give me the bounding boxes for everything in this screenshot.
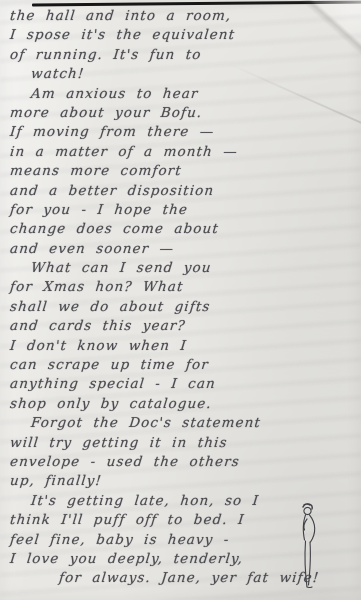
letter-line: I spose it's the equivalent — [0, 26, 361, 45]
pregnant-woman-doodle-icon — [295, 502, 321, 590]
letter-line: and even sooner — — [0, 240, 361, 259]
letter-line: for you - I hope the — [0, 201, 361, 220]
letter-line: I don't know when I — [0, 337, 361, 356]
letter-line: more about your Bofu. — [0, 104, 361, 123]
letter-line: watch! — [0, 65, 361, 84]
letter-line: Am anxious to hear — [0, 85, 361, 104]
letter-line: of running. It's fun to — [0, 46, 361, 65]
letter-line: If moving from there — — [0, 123, 361, 142]
scan-edge-line — [32, 1, 361, 7]
letter-line: What can I send you — [0, 259, 361, 278]
letter-line: in a matter of a month — — [0, 143, 361, 162]
letter-page: the hall and into a room, I spose it's t… — [0, 0, 361, 600]
letter-line: envelope - used the others — [0, 453, 361, 472]
letter-line: change does come about — [0, 220, 361, 239]
letter-line: will try getting it in this — [0, 434, 361, 453]
letter-line: can scrape up time for — [0, 356, 361, 375]
letter-line: shop only by catalogue. — [0, 395, 361, 414]
letter-line: and cards this year? — [0, 317, 361, 336]
letter-line: shall we do about gifts — [0, 298, 361, 317]
letter-line: up, finally! — [0, 472, 361, 491]
letter-line: for Xmas hon? What — [0, 278, 361, 297]
letter-line: the hall and into a room, — [0, 7, 361, 26]
letter-line: means more comfort — [0, 162, 361, 181]
letter-line: anything special - I can — [0, 375, 361, 394]
letter-line: and a better disposition — [0, 182, 361, 201]
letter-line: Forgot the Doc's statement — [0, 414, 361, 433]
